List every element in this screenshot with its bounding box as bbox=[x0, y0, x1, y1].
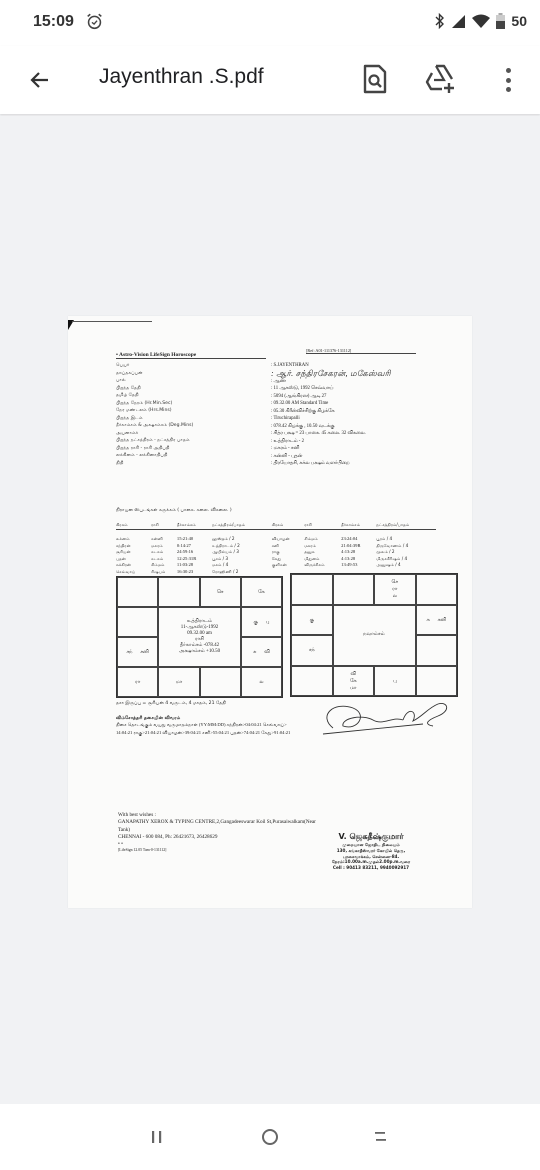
column-header: நட்சத்திரம்/பாதம் bbox=[376, 522, 436, 530]
info-value: : 5094 (ஆங்கிரஸ) ஆடி 27 bbox=[271, 393, 391, 401]
table-cell: வியாழன் bbox=[272, 530, 305, 543]
chart-house: குபு bbox=[241, 607, 282, 637]
home-button[interactable] bbox=[250, 1124, 290, 1150]
planet-abbrev: கு bbox=[253, 619, 257, 625]
more-vert-icon bbox=[506, 68, 511, 73]
table-cell: சனி bbox=[272, 543, 305, 550]
info-label: லக்கினம் - லக்கினாதிபதி bbox=[116, 452, 193, 460]
stamp-name: V. ஜெகதீஷ்குமார் bbox=[306, 832, 436, 842]
add-to-drive-icon bbox=[424, 62, 458, 96]
system-nav-bar bbox=[0, 1104, 540, 1170]
planet-table-header: கிரகம்ராசிதீர்காம்சம்நட்சத்திரம்/பாதம்கி… bbox=[116, 522, 436, 530]
planet-abbrev: வி bbox=[351, 671, 356, 677]
info-value: : 09.32.00 AM Standard Time bbox=[271, 400, 391, 408]
table-cell: 23:24:04 bbox=[341, 530, 376, 543]
chart-house: மா bbox=[158, 667, 199, 697]
planet-positions-table: கிரகம்ராசிதீர்காம்சம்நட்சத்திரம்/பாதம்கி… bbox=[116, 522, 436, 576]
info-label: பிறந்த நேரம் (Hr.Min.Sec) bbox=[116, 400, 193, 408]
info-label: பிறந்த ராசி - ராசி அதிபதி bbox=[116, 445, 193, 453]
table-cell: அனுஷம் / 4 bbox=[376, 562, 436, 569]
planet-abbrev: செ bbox=[392, 579, 398, 585]
wishes-line: GANAPATHY XEROX & TYPING CENTRE,2,Gangad… bbox=[118, 819, 316, 826]
column-header: ராசி bbox=[151, 522, 177, 530]
chart-house bbox=[158, 577, 199, 607]
birth-info-labels: பெயர்தாய்தகப்பன்பால்பிறந்த தேதிதமிழ் தேத… bbox=[116, 362, 193, 467]
table-row: லக்னம்கன்னி15:21:40ஹஸ்தம் / 2வியாழன்சிம்… bbox=[116, 530, 436, 543]
column-header: நட்சத்திரம்/பாதம் bbox=[212, 522, 272, 530]
table-cell: 21:04:39R bbox=[341, 543, 376, 550]
table-cell: கேது bbox=[272, 556, 305, 563]
info-value: : ஆர். சந்திரசேகரன், மகேஸ்வரி bbox=[271, 370, 391, 378]
table-cell: 11:03:28 bbox=[177, 562, 212, 569]
vimshottari-line-1: திசை தொடங்கும் வயது வருமாதம்நாள் (YY:MM:… bbox=[116, 722, 287, 728]
column-header: ராசி bbox=[304, 522, 341, 530]
info-label: பால் bbox=[116, 377, 193, 385]
table-cell: பூசம் / 3 bbox=[212, 556, 272, 563]
chart-house bbox=[416, 635, 458, 666]
handwritten-signature bbox=[313, 686, 453, 736]
planet-positions-heading: நிராயன ஸ்புடங்கள் சுருக்கம் ( பாகை. கலை.… bbox=[116, 507, 232, 513]
vimshottari-line-2: 14:04:21 ராகு>21:04:21 வியாழன்>39:04:21 … bbox=[116, 730, 290, 736]
planet-abbrev: செ bbox=[217, 589, 223, 595]
chart-house bbox=[416, 574, 458, 605]
table-cell: 24:59:16 bbox=[177, 549, 212, 556]
info-label: பெயர் bbox=[116, 362, 193, 370]
planet-abbrev: சந் bbox=[309, 647, 315, 653]
info-value: : Tiruchirapalli bbox=[271, 415, 391, 423]
table-row: சூரியன்கடகம்24:59:16ஆயில்யம் / 3ராகுதனுச… bbox=[116, 549, 436, 556]
planet-abbrev: ரா bbox=[135, 679, 140, 685]
navamsa-chart: செராலகுசுசனிசந்விகேமாபுநவாம்சம் bbox=[290, 573, 458, 697]
chart-house: சந் bbox=[291, 635, 333, 666]
rasi-chart: செகேகுபுசந்சனிசுவிராமாலஉத்திராடம்11-ஆகஸ்… bbox=[116, 576, 283, 698]
dasa-balance: தசா இருப்பு = சூரியன் 4 வருடம், 4 மாதம்,… bbox=[116, 700, 226, 706]
table-cell: சிம்மம் bbox=[304, 530, 341, 543]
table-cell: விருச்சிகம் bbox=[304, 562, 341, 569]
info-value: : 05.30 கிரீன்விச்சிற்கு கிழக்கே bbox=[271, 408, 391, 416]
bluetooth-icon bbox=[435, 13, 445, 29]
planet-abbrev: மா bbox=[176, 679, 182, 685]
column-header: தீர்காம்சம் bbox=[177, 522, 212, 530]
chart-house: ரா bbox=[117, 667, 158, 697]
table-cell: ரோஹிணி / 2 bbox=[212, 569, 272, 576]
info-value: : கன்னி - புதன் bbox=[271, 453, 391, 461]
planet-abbrev: சு bbox=[426, 617, 429, 623]
wishes-line: CHENNAI - 600 084, Ph: 26421673, 2642862… bbox=[118, 834, 316, 841]
chart-house bbox=[117, 577, 158, 607]
planet-abbrev: வி bbox=[264, 649, 269, 655]
chart-house: செரால bbox=[374, 574, 416, 605]
table-cell: ராகு bbox=[272, 549, 305, 556]
planet-abbrev: ரா bbox=[392, 586, 397, 592]
planet-abbrev: சு bbox=[253, 649, 256, 655]
table-cell: குளிகன் bbox=[272, 562, 305, 569]
column-header: தீர்காம்சம் bbox=[341, 522, 376, 530]
stamp-line: Cell : 90413 83211, 9940092917 bbox=[306, 865, 436, 871]
table-cell: சூரியன் bbox=[116, 549, 151, 556]
info-value: : சித்ர பக்ஷ = 23 பாகை. 45 கலை. 32 விகலை… bbox=[271, 430, 391, 438]
table-row: சந்திரன்மகரம்0:14:27உத்திராடம் / 2சனிமகர… bbox=[116, 543, 436, 550]
planet-abbrev: பு bbox=[393, 678, 397, 684]
back-button[interactable] bbox=[24, 64, 56, 96]
table-cell: புதன் bbox=[116, 556, 151, 563]
info-label: பிறந்த தேதி bbox=[116, 385, 193, 393]
table-cell: 16:30:23 bbox=[177, 569, 212, 576]
table-cell: மகரம் bbox=[151, 543, 177, 550]
info-value: : உத்திராடம் - 2 bbox=[271, 438, 391, 446]
column-header: கிரகம் bbox=[116, 522, 151, 530]
table-row: புதன்கடகம்12:25:31Rபூசம் / 3கேதுமிதுனம்4… bbox=[116, 556, 436, 563]
chart-house bbox=[117, 607, 158, 637]
planet-abbrev: ல bbox=[393, 593, 397, 599]
info-value: : திரயோதசி, சுக்ல பக்ஷம் வளர்பிறை bbox=[271, 460, 391, 468]
wishes-line: Tank) bbox=[118, 827, 316, 834]
table-cell: 0:14:27 bbox=[177, 543, 212, 550]
alarm-icon bbox=[86, 13, 103, 30]
vimshottari-title: விம்சோத்தரி தசையின் விவரம் bbox=[116, 715, 180, 721]
planet-abbrev: சந் bbox=[127, 649, 133, 655]
table-cell: மிதுனம் bbox=[304, 556, 341, 563]
table-cell: 4:13:28 bbox=[341, 556, 376, 563]
wifi-icon bbox=[472, 14, 490, 28]
info-value: : மகரம் - சனி bbox=[271, 445, 391, 453]
chart-center: உத்திராடம்11-ஆகஸ்டு-199209.32.00 amராசித… bbox=[158, 607, 241, 667]
table-cell: கடகம் bbox=[151, 556, 177, 563]
chart-center: நவாம்சம் bbox=[333, 605, 416, 666]
table-cell: பூரம் / 4 bbox=[376, 530, 436, 543]
status-bar: 15:09 50 bbox=[0, 0, 540, 46]
add-to-drive-button[interactable] bbox=[424, 62, 458, 96]
chart-house: செ bbox=[200, 577, 241, 607]
pdf-page: • Astro-Vision LifeSign Horoscope [Ref: … bbox=[68, 316, 472, 908]
app-bar: Jayenthran .S.pdf bbox=[0, 46, 540, 114]
software-version: [LifeSign 12.05 Tam-0-131112] bbox=[118, 847, 316, 854]
info-label: பிறந்த இடம் bbox=[116, 415, 193, 423]
info-label: தீர்காம்சம் & அக்ஷாம்சம் (Deg.Mins) bbox=[116, 422, 193, 430]
chart-house: சுசனி bbox=[416, 605, 458, 636]
info-value: : 078.42 கிழக்கு , 10.50 வடக்கு bbox=[271, 423, 391, 431]
home-icon bbox=[261, 1128, 279, 1146]
table-cell: ரிஷபம் bbox=[151, 569, 177, 576]
chart-house bbox=[333, 574, 375, 605]
table-cell: கடகம் bbox=[151, 549, 177, 556]
chart-house bbox=[291, 574, 333, 605]
battery-icon bbox=[496, 13, 505, 29]
planet-abbrev: பு bbox=[266, 619, 270, 625]
column-header: கிரகம் bbox=[272, 522, 305, 530]
table-cell: உத்திராடம் / 2 bbox=[212, 543, 272, 550]
table-cell: மூலம் / 2 bbox=[376, 549, 436, 556]
chart-house: ல bbox=[241, 667, 282, 697]
find-in-document-icon bbox=[360, 62, 390, 96]
recents-button[interactable] bbox=[137, 1124, 177, 1150]
table-cell: மகரம் bbox=[304, 543, 341, 550]
chart-house: கு bbox=[291, 605, 333, 636]
table-cell: ஹஸ்தம் / 2 bbox=[212, 530, 272, 543]
info-label: தாய்தகப்பன் bbox=[116, 370, 193, 378]
astrologer-stamp: V. ஜெகதீஷ்குமார் முறையான ஜோதிட நிலையம் 1… bbox=[306, 832, 436, 871]
table-cell: சுக்கிரன் bbox=[116, 562, 151, 569]
table-cell: 15:21:40 bbox=[177, 530, 212, 543]
table-cell: மகம் / 4 bbox=[212, 562, 272, 569]
signal-icon bbox=[451, 14, 466, 29]
info-label: பிறந்த நட்சத்திரம் - நட்சத்திர பாதம் bbox=[116, 437, 193, 445]
chart-house: சுவி bbox=[241, 637, 282, 667]
status-icons: 50 bbox=[435, 13, 527, 29]
chart-house: கே bbox=[241, 577, 282, 607]
info-value: : 11 ஆகஸ்டு, 1992 செவ்வாய் bbox=[271, 385, 391, 393]
planet-abbrev: கு bbox=[310, 617, 314, 623]
back-icon bbox=[373, 1129, 389, 1145]
battery-level: 50 bbox=[511, 13, 527, 29]
more-vert-dot bbox=[506, 87, 511, 92]
table-cell: சந்திரன் bbox=[116, 543, 151, 550]
planet-abbrev: கே bbox=[350, 678, 356, 684]
planet-abbrev: கே bbox=[258, 589, 264, 595]
table-cell: ஆயில்யம் / 3 bbox=[212, 549, 272, 556]
table-cell: கன்னி bbox=[151, 530, 177, 543]
planet-abbrev: ல bbox=[259, 679, 263, 685]
more-options-button[interactable] bbox=[498, 64, 518, 96]
back-nav-button[interactable] bbox=[361, 1124, 401, 1150]
wishes-block: With best wishes : GANAPATHY XEROX & TYP… bbox=[118, 812, 316, 854]
info-label: அயனாம்ச் bbox=[116, 430, 193, 438]
reference-number: [Ref: A01-111376-131112] bbox=[306, 348, 416, 354]
planet-abbrev: சனி bbox=[140, 649, 148, 655]
info-value: : ஆண் bbox=[271, 378, 391, 386]
table-cell: செவ்வாய் bbox=[116, 569, 151, 576]
info-label: தமிழ் தேதி bbox=[116, 392, 193, 400]
arrow-left-icon bbox=[28, 68, 52, 92]
chart-center-text: நவாம்சம் bbox=[363, 632, 384, 638]
info-label: நேர மண்டலம் (Hrs.Mins) bbox=[116, 407, 193, 415]
table-cell: சிம்மம் bbox=[151, 562, 177, 569]
horoscope-title-text: Astro-Vision LifeSign Horoscope bbox=[119, 352, 196, 358]
scan-edge-line bbox=[72, 321, 152, 322]
birth-info-values: : S.JAYENTHRAN: ஆர். சந்திரசேகரன், மகேஸ்… bbox=[271, 362, 391, 468]
table-row: சுக்கிரன்சிம்மம்11:03:28மகம் / 4குளிகன்வ… bbox=[116, 562, 436, 569]
table-cell: 4:13:28 bbox=[341, 549, 376, 556]
table-cell: மிருகசீரிஷம் / 4 bbox=[376, 556, 436, 563]
chart-house: சந்சனி bbox=[117, 637, 158, 667]
horoscope-title: • Astro-Vision LifeSign Horoscope bbox=[116, 352, 266, 359]
recents-icon bbox=[150, 1129, 164, 1145]
planet-abbrev: சனி bbox=[438, 617, 446, 623]
table-cell: தனுசு bbox=[304, 549, 341, 556]
status-time: 15:09 bbox=[33, 13, 74, 31]
info-label: திதி bbox=[116, 460, 193, 468]
table-cell: திருவோணம் / 4 bbox=[376, 543, 436, 550]
chart-house bbox=[200, 667, 241, 697]
table-cell: 12:25:31R bbox=[177, 556, 212, 563]
find-in-document-button[interactable] bbox=[360, 62, 390, 96]
document-title: Jayenthran .S.pdf bbox=[99, 65, 264, 89]
table-cell: 13:49:53 bbox=[341, 562, 376, 569]
chart-center-text: அக்ஷாம்சம் +10.50 bbox=[179, 649, 220, 655]
more-vert-dot bbox=[506, 78, 511, 83]
table-cell: லக்னம் bbox=[116, 530, 151, 543]
pdf-viewer[interactable]: • Astro-Vision LifeSign Horoscope [Ref: … bbox=[0, 116, 540, 1104]
